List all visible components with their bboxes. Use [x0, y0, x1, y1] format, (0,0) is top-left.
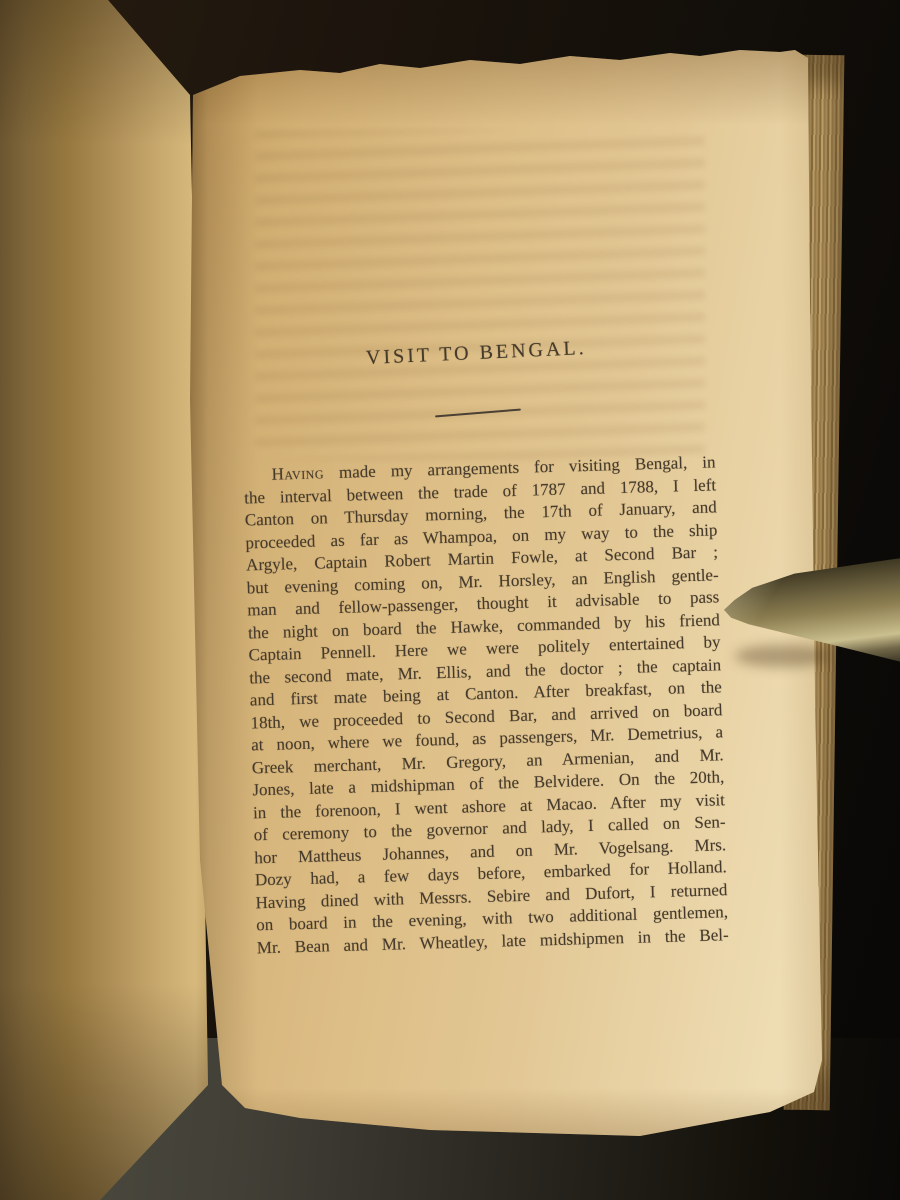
body-text: Having made my arrangements for visiting… — [243, 451, 729, 959]
blade-shadow — [735, 645, 830, 667]
paragraph-lead-word: Having — [271, 463, 324, 483]
book-photo: VISIT TO BENGAL. Having made my arrangem… — [0, 0, 900, 1200]
section-divider — [435, 409, 521, 418]
facing-page — [0, 0, 212, 1200]
page-text: VISIT TO BENGAL. Having made my arrangem… — [240, 335, 729, 959]
text-lines: the interval between the trade of 1787 a… — [244, 474, 729, 959]
